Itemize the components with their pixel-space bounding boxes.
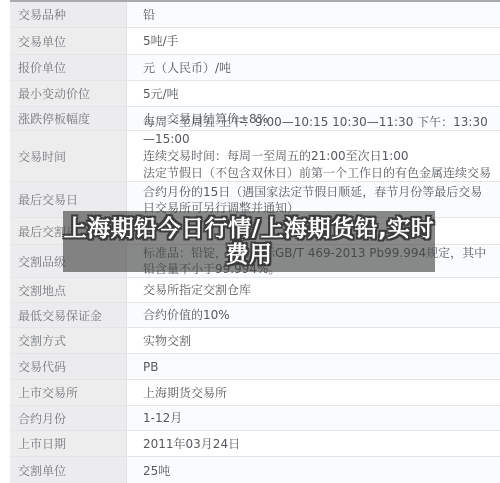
row-label: 合约月份 <box>10 406 127 430</box>
row-label: 交易时间 <box>10 131 127 181</box>
row-value: 5吨/手 <box>127 28 500 54</box>
spec-row-delivery-unit: 交割单位 25吨 <box>10 457 500 483</box>
row-value: PB <box>127 354 500 379</box>
row-label: 交割方式 <box>10 328 127 353</box>
row-label: 上市交易所 <box>10 380 127 405</box>
spec-row-listing-date: 上市日期 2011年03月24日 <box>10 431 500 457</box>
row-label: 报价单位 <box>10 55 127 80</box>
spec-row-min-trading-margin: 最低交易保证金 合约价值的10% <box>10 303 500 328</box>
row-label: 交割地点 <box>10 278 127 302</box>
row-value: 5元/吨 <box>127 81 500 106</box>
trading-hours-line-2: 连续交易时间：每周一至周五的21:00至次日1:00 <box>143 148 492 165</box>
spec-row-trading-unit: 交易单位 5吨/手 <box>10 28 500 55</box>
row-label: 涨跌停板幅度 <box>10 107 127 130</box>
row-value: 25吨 <box>127 457 500 483</box>
row-label: 最低交易保证金 <box>10 303 127 327</box>
row-label: 上市日期 <box>10 431 127 456</box>
row-value: 实物交割 <box>127 328 500 353</box>
row-label: 最小变动价位 <box>10 81 127 106</box>
row-value: 2011年03月24日 <box>127 431 500 456</box>
page-title-line-1: 上海期铅今日行情/上海期货铅,实时 <box>64 216 435 242</box>
spec-row-tick-size: 最小变动价位 5元/吨 <box>10 81 500 107</box>
row-label: 交易品种 <box>10 2 127 27</box>
row-value: 每周一至周五 上午：9:00—10:15 10:30—11:30 下午：13:3… <box>127 131 500 181</box>
spec-row-listing-exchange: 上市交易所 上海期货交易所 <box>10 380 500 406</box>
spec-row-delivery-place: 交割地点 交易所指定交割仓库 <box>10 278 500 303</box>
row-value: 交易所指定交割仓库 <box>127 278 500 302</box>
trading-hours-line-1: 每周一至周五 上午：9:00—10:15 10:30—11:30 下午：13:3… <box>143 114 492 148</box>
row-label: 交易代码 <box>10 354 127 379</box>
row-value: 铅 <box>127 2 500 27</box>
row-value: 合约价值的10% <box>127 303 500 327</box>
spec-row-trading-hours: 交易时间 每周一至周五 上午：9:00—10:15 10:30—11:30 下午… <box>10 131 500 182</box>
page-title-overlay: 上海期铅今日行情/上海期货铅,实时 费用 <box>63 211 435 272</box>
row-value: 1-12月 <box>127 406 500 430</box>
page-title-line-2: 费用 <box>226 242 273 268</box>
row-label: 交割单位 <box>10 457 127 483</box>
spec-row-quote-unit: 报价单位 元（人民币）/吨 <box>10 55 500 81</box>
spec-row-trading-code: 交易代码 PB <box>10 354 500 380</box>
spec-row-contract-months: 合约月份 1-12月 <box>10 406 500 431</box>
row-value: 元（人民币）/吨 <box>127 55 500 80</box>
spec-row-trading-product: 交易品种 铅 <box>10 2 500 28</box>
spec-row-delivery-method: 交割方式 实物交割 <box>10 328 500 354</box>
row-label: 交易单位 <box>10 28 127 54</box>
row-value: 上海期货交易所 <box>127 380 500 405</box>
